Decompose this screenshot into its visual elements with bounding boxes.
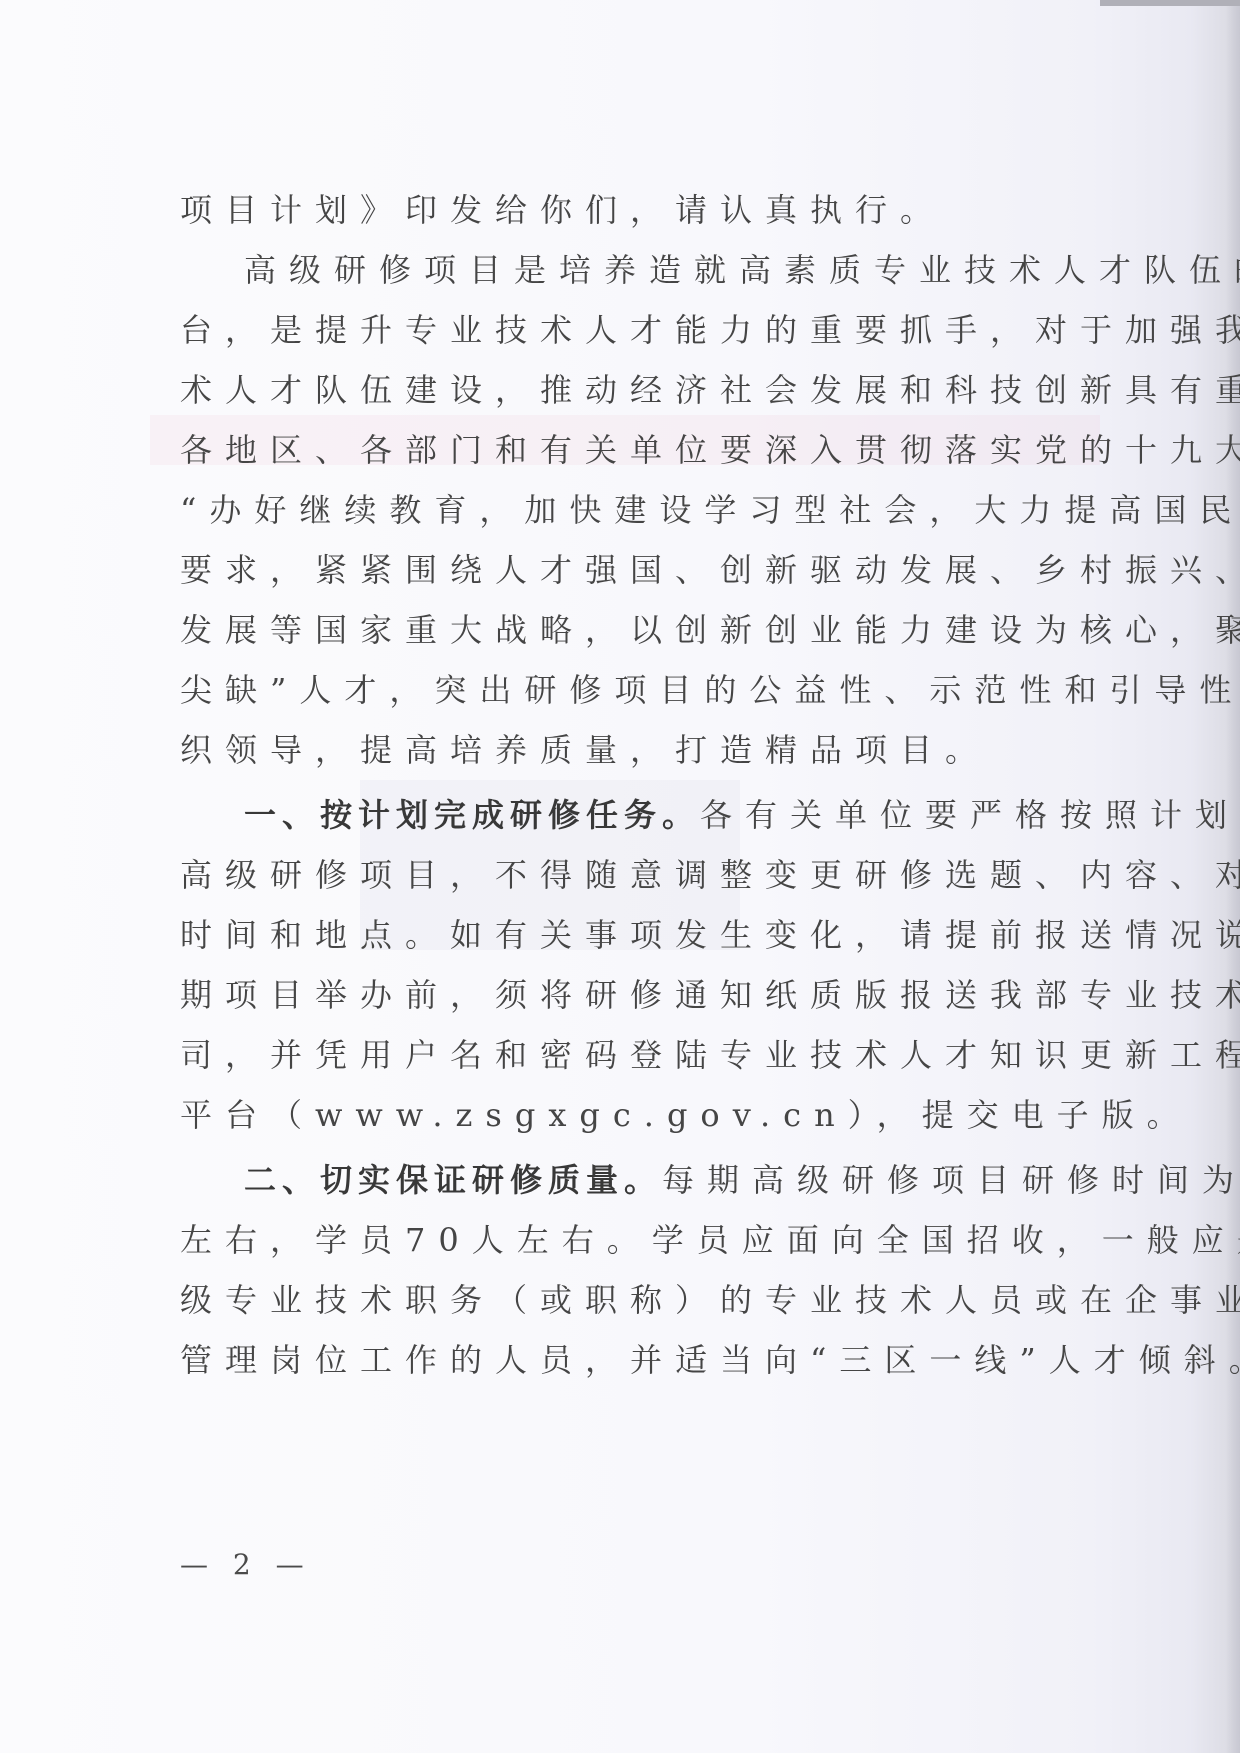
text-line: 各地区、各部门和有关单位要深入贯彻落实党的十九大报告关于 [180,430,1240,470]
text-line: 时间和地点。如有关事项发生变化，请提前报送情况说明。在每 [180,915,1240,955]
text-line: 项目计划》印发给你们，请认真执行。 [180,190,945,230]
paragraph-start: 高级研修项目是培养造就高素质专业技术人才队伍的重要平 [180,250,1240,290]
section-2-heading: 二、切实保证研修质量。 [244,1161,662,1199]
text-line: 平台（www.zsgxgc.gov.cn），提交电子版。 [180,1095,1192,1135]
page-number: — 2 — [180,1548,312,1581]
text-line: 司，并凭用户名和密码登陆专业技术人才知识更新工程公共服务 [180,1035,1240,1075]
text-line: 高级研修项目，不得随意调整变更研修选题、内容、对象、举办 [180,855,1240,895]
section-1-first-line: 一、按计划完成研修任务。各有关单位要严格按照计划实施 [180,795,1240,835]
text-line: 术人才队伍建设，推动经济社会发展和科技创新具有重要意义。 [180,370,1240,410]
text-line: 发展等国家重大战略，以创新创业能力建设为核心，聚焦“高精 [180,610,1240,650]
section-1-heading: 一、按计划完成研修任务。 [244,796,700,834]
section-2-text: 每期高级研修项目研修时间为6天 [662,1161,1240,1199]
text-line: 左右，学员70人左右。学员应面向全国招收，一般应是具有高 [180,1220,1240,1260]
section-1-text: 各有关单位要严格按照计划实施 [700,796,1240,834]
text-line: 要求，紧紧围绕人才强国、创新驱动发展、乡村振兴、区域协调 [180,550,1240,590]
text-line: 级专业技术职务（或职称）的专业技术人员或在企事业单位有关 [180,1280,1240,1320]
text-line: 管理岗位工作的人员，并适当向“三区一线”人才倾斜。要精心 [180,1340,1240,1380]
text-line: 期项目举办前，须将研修通知纸质版报送我部专业技术人员管理 [180,975,1240,1015]
text-line: “办好继续教育，加快建设学习型社会，大力提高国民素质”的 [180,490,1240,530]
text-line: 尖缺”人才，突出研修项目的公益性、示范性和引导性，加强组 [180,670,1240,710]
page-edge-shadow [1100,0,1240,6]
text-line: 织领导，提高培养质量，打造精品项目。 [180,730,990,770]
text-line: 台，是提升专业技术人才能力的重要抓手，对于加强我国专业技 [180,310,1240,350]
section-2-first-line: 二、切实保证研修质量。每期高级研修项目研修时间为6天 [180,1160,1240,1200]
